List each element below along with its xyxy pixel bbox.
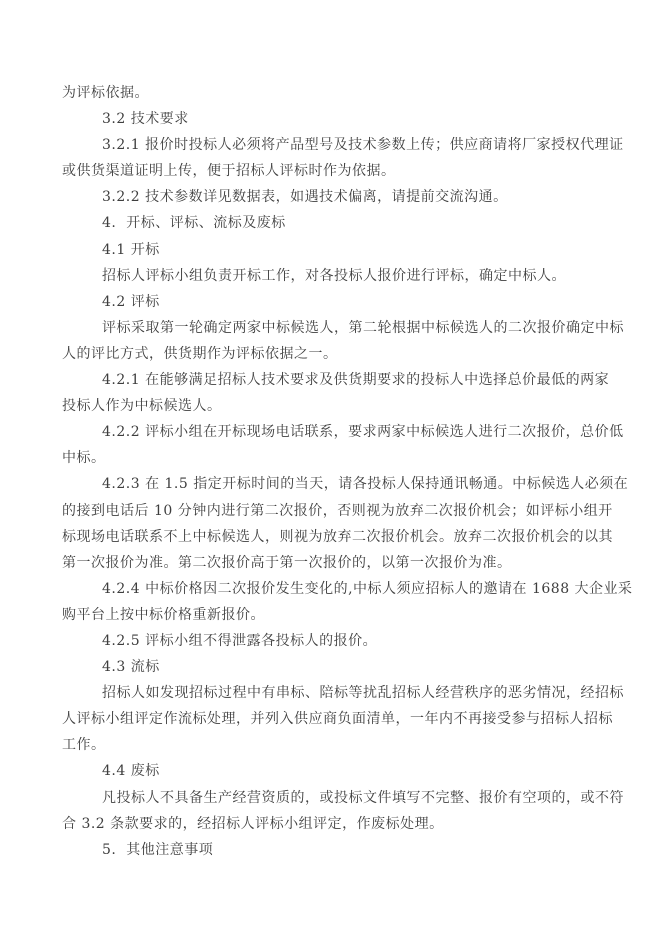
document-line: 4.2.2 评标小组在开标现场电话联系，要求两家中标候选人进行二次报价，总价低 <box>62 419 598 445</box>
document-line: 的接到电话后 10 分钟内进行第二次报价，否则视为放弃二次报价机会；如评标小组开 <box>62 498 598 524</box>
document-body: 为评标依据。3.2 技术要求3.2.1 报价时投标人必须将产品型号及技术参数上传… <box>62 80 598 863</box>
document-line: 评标采取第一轮确定两家中标候选人，第二轮根据中标候选人的二次报价确定中标 <box>62 315 598 341</box>
document-page: 为评标依据。3.2 技术要求3.2.1 报价时投标人必须将产品型号及技术参数上传… <box>0 0 662 936</box>
document-line: 或供货渠道证明上传，便于招标人评标时作为依据。 <box>62 158 598 184</box>
document-line: 4.2 评标 <box>62 289 598 315</box>
document-line: 3.2.2 技术参数详见数据表，如遇技术偏离，请提前交流沟通。 <box>62 184 598 210</box>
document-line: 5. 其他注意事项 <box>62 837 598 863</box>
document-line: 投标人作为中标候选人。 <box>62 393 598 419</box>
document-line: 标现场电话联系不上中标候选人，则视为放弃二次报价机会。放弃二次报价机会的以其 <box>62 524 598 550</box>
document-line: 人的评比方式，供货期作为评标依据之一。 <box>62 341 598 367</box>
document-line: 购平台上按中标价格重新报价。 <box>62 602 598 628</box>
document-line: 4. 开标、评标、流标及废标 <box>62 210 598 236</box>
document-line: 4.2.5 评标小组不得泄露各投标人的报价。 <box>62 628 598 654</box>
document-line: 中标。 <box>62 445 598 471</box>
document-line: 为评标依据。 <box>62 80 598 106</box>
document-line: 3.2.1 报价时投标人必须将产品型号及技术参数上传；供应商请将厂家授权代理证 <box>62 132 598 158</box>
document-line: 合 3.2 条款要求的，经招标人评标小组评定，作废标处理。 <box>62 811 598 837</box>
document-line: 3.2 技术要求 <box>62 106 598 132</box>
document-line: 4.2.1 在能够满足招标人技术要求及供货期要求的投标人中选择总价最低的两家 <box>62 367 598 393</box>
document-line: 招标人如发现招标过程中有串标、陪标等扰乱招标人经营秩序的恶劣情况，经招标 <box>62 680 598 706</box>
document-line: 4.1 开标 <box>62 237 598 263</box>
document-line: 4.4 废标 <box>62 758 598 784</box>
document-line: 第一次报价为准。第二次报价高于第一次报价的，以第一次报价为准。 <box>62 550 598 576</box>
document-line: 工作。 <box>62 732 598 758</box>
document-line: 4.2.3 在 1.5 指定开标时间的当天，请各投标人保持通讯畅通。中标候选人必… <box>62 471 598 497</box>
document-line: 凡投标人不具备生产经营资质的，或投标文件填写不完整、报价有空项的，或不符 <box>62 785 598 811</box>
document-line: 招标人评标小组负责开标工作，对各投标人报价进行评标，确定中标人。 <box>62 263 598 289</box>
document-line: 4.2.4 中标价格因二次报价发生变化的,中标人须应招标人的邀请在 1688 大… <box>62 576 598 602</box>
document-line: 4.3 流标 <box>62 654 598 680</box>
document-line: 人评标小组评定作流标处理，并列入供应商负面清单，一年内不再接受参与招标人招标 <box>62 706 598 732</box>
